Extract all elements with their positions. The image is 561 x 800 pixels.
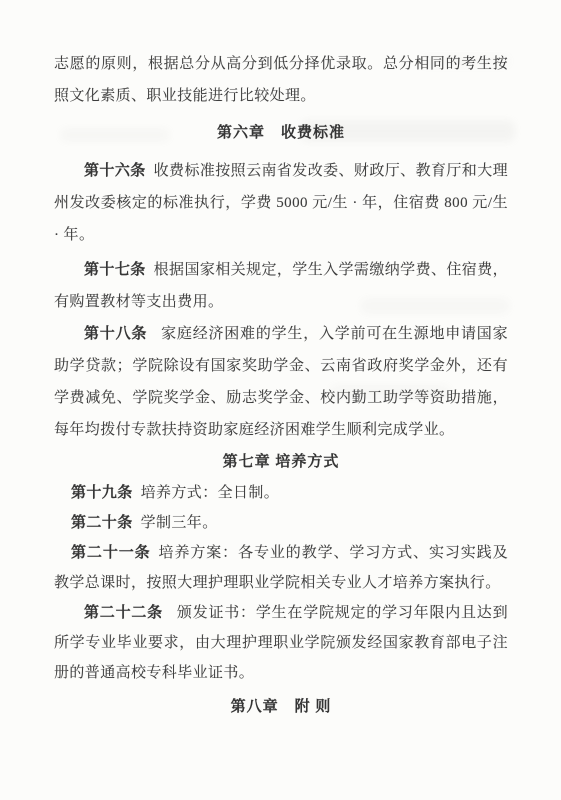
article-19: 第十九条培养方式：全日制。 bbox=[54, 478, 508, 508]
chapter-6-heading: 第六章 收费标准 bbox=[54, 117, 508, 149]
article-22: 第二十二条颁发证书：学生在学院规定的学习年限内且达到所学专业毕业要求，由大理护理… bbox=[54, 598, 508, 688]
article-18-label: 第十八条 bbox=[84, 326, 147, 342]
article-16-label: 第十六条 bbox=[84, 163, 146, 179]
article-20: 第二十条学制三年。 bbox=[54, 508, 508, 538]
article-18-text: 家庭经济困难的学生，入学前可在生源地申请国家助学贷款；学院除设有国家奖助学金、云… bbox=[54, 326, 508, 438]
article-19-text: 培养方式：全日制。 bbox=[141, 485, 280, 501]
article-22-label: 第二十二条 bbox=[84, 605, 163, 621]
article-18: 第十八条家庭经济困难的学生，入学前可在生源地申请国家助学贷款；学院除设有国家奖助… bbox=[54, 318, 508, 446]
article-16: 第十六条收费标准按照云南省发改委、财政厅、教育厅和大理州发改委核定的标准执行，学… bbox=[54, 155, 508, 251]
article-19-label: 第十九条 bbox=[71, 485, 133, 501]
article-20-text: 学制三年。 bbox=[141, 515, 218, 531]
intro-paragraph: 志愿的原则，根据总分从高分到低分择优录取。总分相同的考生按照文化素质、职业技能进… bbox=[54, 48, 508, 112]
chapter-8-heading: 第八章 附 则 bbox=[54, 692, 508, 722]
chapter-7-heading: 第七章 培养方式 bbox=[54, 446, 508, 478]
article-20-label: 第二十条 bbox=[71, 515, 133, 531]
article-21: 第二十一条培养方案：各专业的教学、学习方式、实习实践及教学总课时，按照大理护理职… bbox=[54, 538, 508, 598]
document-body: 志愿的原则，根据总分从高分到低分择优录取。总分相同的考生按照文化素质、职业技能进… bbox=[54, 48, 508, 722]
article-17: 第十七条根据国家相关规定，学生入学需缴纳学费、住宿费，有购置教材等支出费用。 bbox=[54, 254, 508, 318]
chapter-7-section: 第十九条培养方式：全日制。 第二十条学制三年。 第二十一条培养方案：各专业的教学… bbox=[54, 478, 508, 722]
article-21-label: 第二十一条 bbox=[71, 545, 151, 561]
scanned-document-page: 志愿的原则，根据总分从高分到低分择优录取。总分相同的考生按照文化素质、职业技能进… bbox=[0, 0, 561, 800]
article-17-label: 第十七条 bbox=[84, 262, 146, 278]
